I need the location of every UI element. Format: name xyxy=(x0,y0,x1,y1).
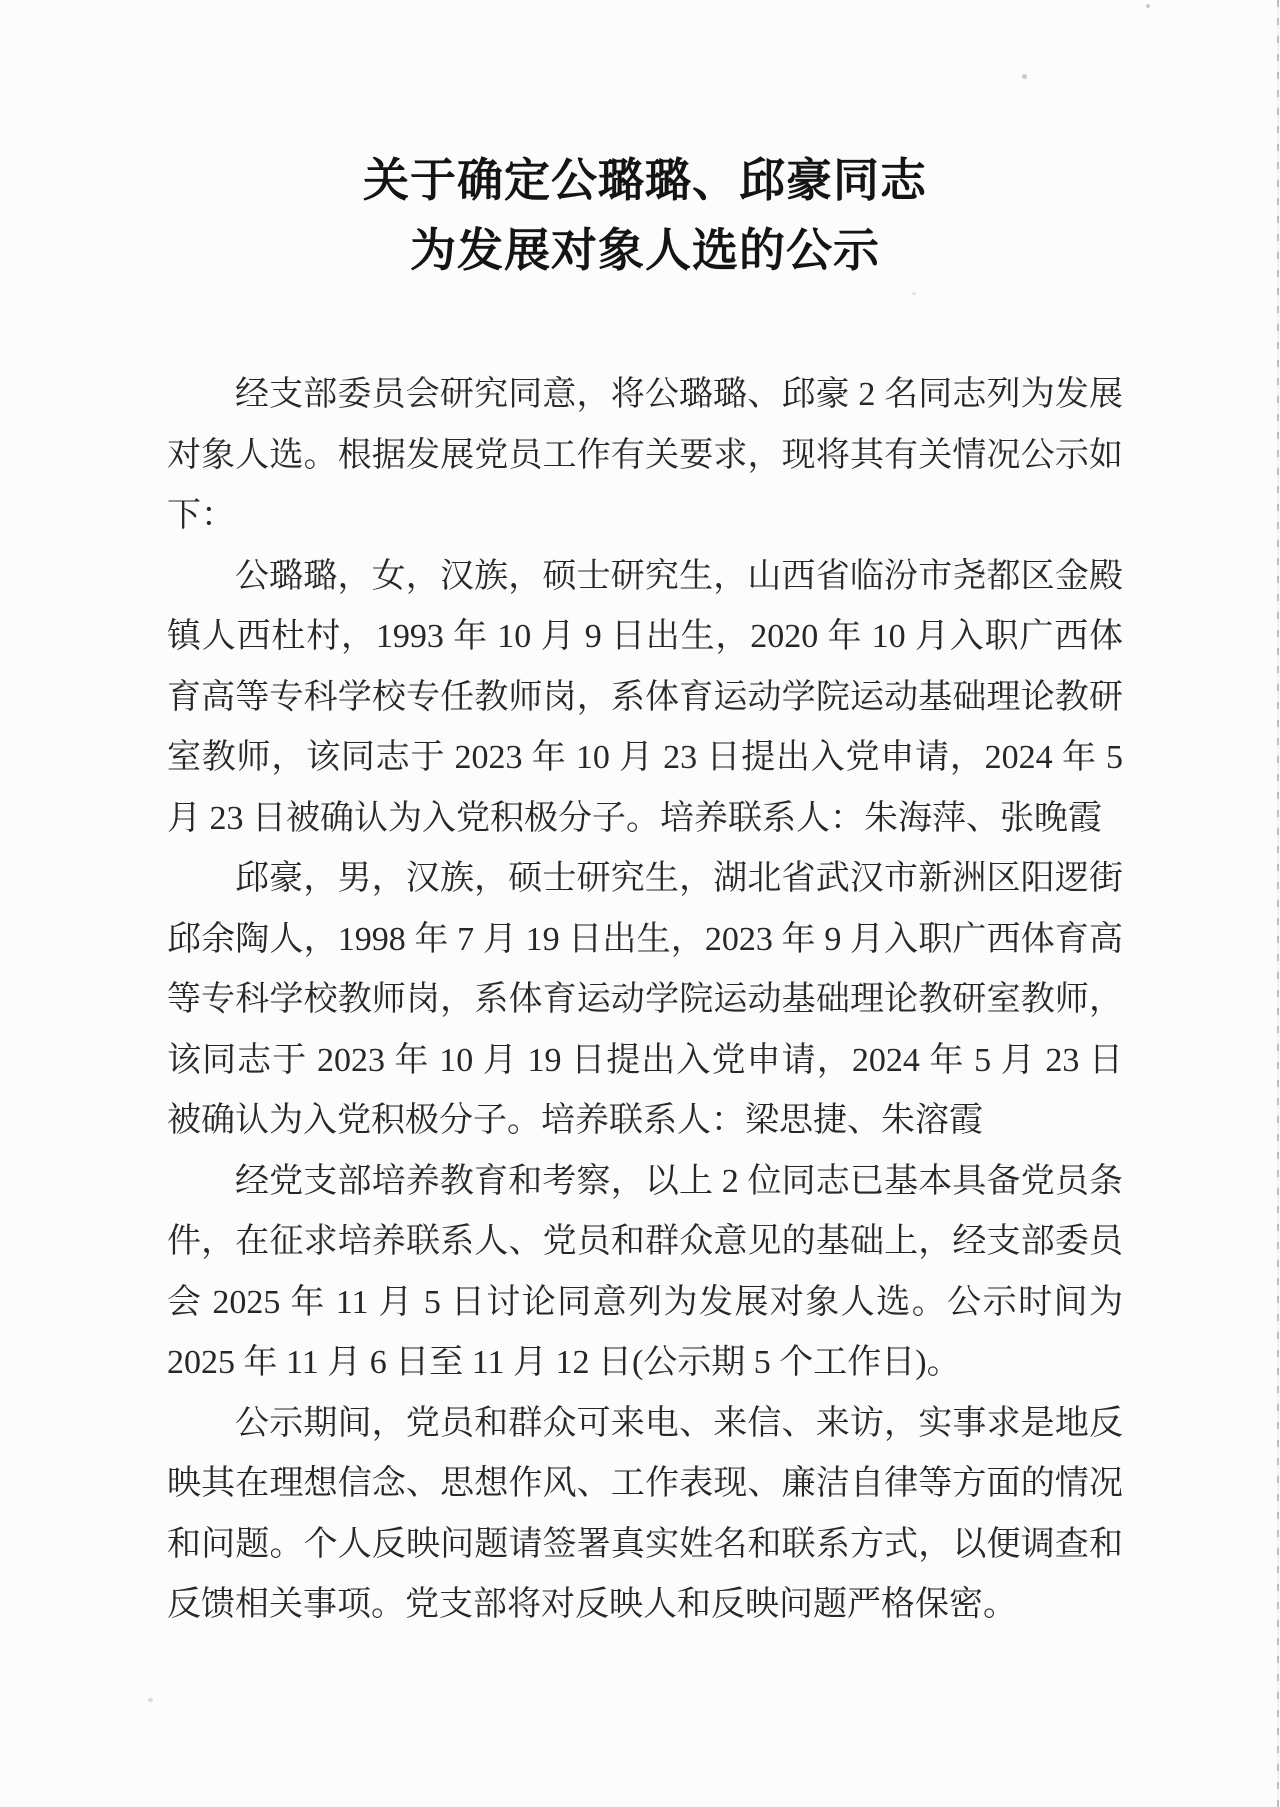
body-line: 月 23 日被确认为入党积极分子。培养联系人：朱海萍、张晚霞 xyxy=(167,789,1123,850)
scan-speck xyxy=(1022,74,1027,79)
body-line: 经党支部培养教育和考察，以上 2 位同志已基本具备党员条 xyxy=(167,1152,1123,1213)
body-line: 下： xyxy=(167,486,1123,547)
document-body: 经支部委员会研究同意，将公璐璐、邱豪 2 名同志列为发展 对象人选。根据发展党员… xyxy=(167,365,1123,1636)
paragraph-candidate-2: 邱豪，男，汉族，硕士研究生，湖北省武汉市新洲区阳逻街 邱余陶人，1998 年 7… xyxy=(167,849,1123,1152)
body-line: 育高等专科学校专任教师岗，系体育运动学院运动基础理论教研 xyxy=(167,668,1123,729)
body-line: 邱余陶人，1998 年 7 月 19 日出生，2023 年 9 月入职广西体育高 xyxy=(167,910,1123,971)
body-line: 经支部委员会研究同意，将公璐璐、邱豪 2 名同志列为发展 xyxy=(167,365,1123,426)
title-line-2: 为发展对象人选的公示 xyxy=(167,216,1123,286)
body-line: 该同志于 2023 年 10 月 19 日提出入党申请，2024 年 5 月 2… xyxy=(167,1031,1123,1092)
body-line: 公示期间，党员和群众可来电、来信、来访，实事求是地反 xyxy=(167,1394,1123,1455)
body-line: 会 2025 年 11 月 5 日讨论同意列为发展对象人选。公示时间为 xyxy=(167,1273,1123,1334)
scanned-notice-page: 关于确定公璐璐、邱豪同志 为发展对象人选的公示 经支部委员会研究同意，将公璐璐、… xyxy=(0,0,1280,1807)
body-line: 反馈相关事项。党支部将对反映人和反映问题严格保密。 xyxy=(167,1575,1123,1636)
body-line: 件，在征求培养联系人、党员和群众意见的基础上，经支部委员 xyxy=(167,1212,1123,1273)
body-line: 室教师，该同志于 2023 年 10 月 23 日提出入党申请，2024 年 5 xyxy=(167,728,1123,789)
body-line: 公璐璐，女，汉族，硕士研究生，山西省临汾市尧都区金殿 xyxy=(167,547,1123,608)
body-line: 2025 年 11 月 6 日至 11 月 12 日(公示期 5 个工作日)。 xyxy=(167,1333,1123,1394)
body-line: 对象人选。根据发展党员工作有关要求，现将其有关情况公示如 xyxy=(167,426,1123,487)
scan-speck xyxy=(148,1698,153,1702)
title-line-1: 关于确定公璐璐、邱豪同志 xyxy=(167,146,1123,216)
scan-edge-artifact xyxy=(1277,0,1279,1807)
body-line: 镇人西杜村，1993 年 10 月 9 日出生，2020 年 10 月入职广西体 xyxy=(167,607,1123,668)
body-line: 被确认为入党积极分子。培养联系人：梁思捷、朱溶霞 xyxy=(167,1091,1123,1152)
document-title: 关于确定公璐璐、邱豪同志 为发展对象人选的公示 xyxy=(167,146,1123,286)
paragraph-intro: 经支部委员会研究同意，将公璐璐、邱豪 2 名同志列为发展 对象人选。根据发展党员… xyxy=(167,365,1123,547)
scan-speck xyxy=(912,292,916,295)
body-line: 和问题。个人反映问题请签署真实姓名和联系方式，以便调查和 xyxy=(167,1515,1123,1576)
body-line: 邱豪，男，汉族，硕士研究生，湖北省武汉市新洲区阳逻街 xyxy=(167,849,1123,910)
document-content: 关于确定公璐璐、邱豪同志 为发展对象人选的公示 经支部委员会研究同意，将公璐璐、… xyxy=(167,0,1123,1636)
paragraph-candidate-1: 公璐璐，女，汉族，硕士研究生，山西省临汾市尧都区金殿 镇人西杜村，1993 年 … xyxy=(167,547,1123,850)
body-line: 等专科学校教师岗，系体育运动学院运动基础理论教研室教师， xyxy=(167,970,1123,1031)
body-line: 映其在理想信念、思想作风、工作表现、廉洁自律等方面的情况 xyxy=(167,1454,1123,1515)
scan-speck xyxy=(1146,4,1150,8)
paragraph-feedback: 公示期间，党员和群众可来电、来信、来访，实事求是地反 映其在理想信念、思想作风、… xyxy=(167,1394,1123,1636)
paragraph-decision: 经党支部培养教育和考察，以上 2 位同志已基本具备党员条 件，在征求培养联系人、… xyxy=(167,1152,1123,1394)
